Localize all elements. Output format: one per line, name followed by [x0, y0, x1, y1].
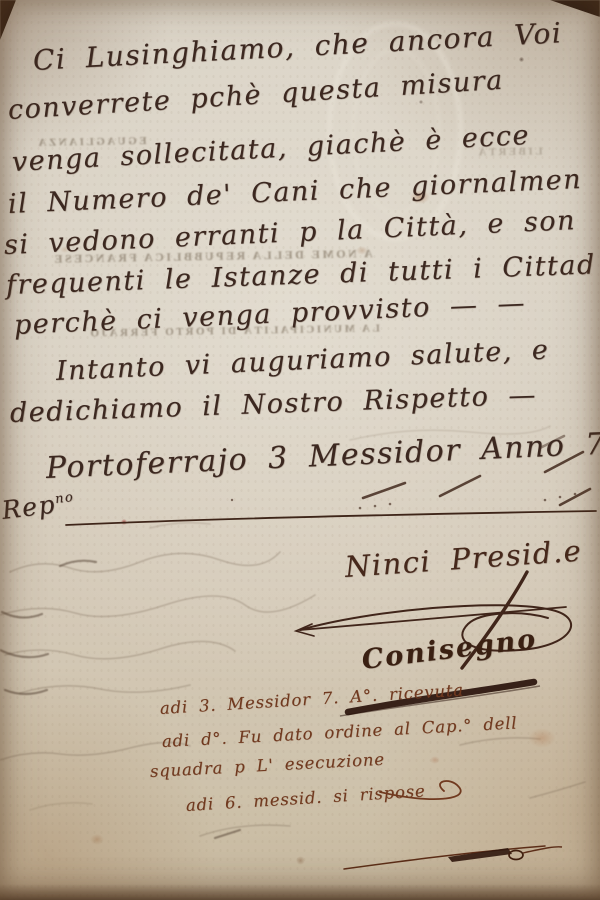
signature-secretary: Conisegno: [360, 625, 539, 676]
photo-corner-top-left: [0, 0, 16, 40]
stain: [430, 756, 440, 764]
registry-note-3: squadra p L' esecuzione: [150, 752, 386, 781]
signature-president: Ninci Presid.e: [344, 535, 583, 583]
registry-note-4: adi 6. messid. si rispose: [185, 783, 425, 814]
manuscript-line-9: dedichiamo il Nostro Rispetto —: [9, 381, 537, 429]
ink-speck: [519, 57, 524, 62]
republican-abbr-sup: no: [54, 490, 75, 507]
republican-abbr-base: Rep: [0, 490, 57, 525]
registry-note-2: adi d°. Fu dato ordine al Cap.° dell: [162, 715, 518, 750]
stain: [296, 856, 305, 865]
photo-corner-top-right: [550, 0, 600, 17]
letter-page: EGUAGLIANZA LIBERTÀ A NOME DELLA REPUBBL…: [0, 0, 600, 900]
dateline: Portoferrajo 3 Messidor Anno 7: [45, 428, 600, 485]
ink-dots: [231, 493, 577, 510]
manuscript-line-2: converrete pchè questa misura: [7, 66, 504, 126]
stain: [528, 728, 556, 748]
stain: [90, 834, 104, 845]
manuscript-line-8: Intanto vi auguriamo salute, e: [55, 335, 550, 386]
registry-note-1: adi 3. Messidor 7. A°. ricevuta: [159, 682, 464, 717]
red-ink-spot: [121, 519, 127, 525]
ink-rule: [66, 511, 596, 525]
bottom-flourish: [344, 846, 562, 869]
photo-edge-bottom: [0, 884, 600, 900]
republican-year-abbr: Repno: [0, 488, 76, 524]
